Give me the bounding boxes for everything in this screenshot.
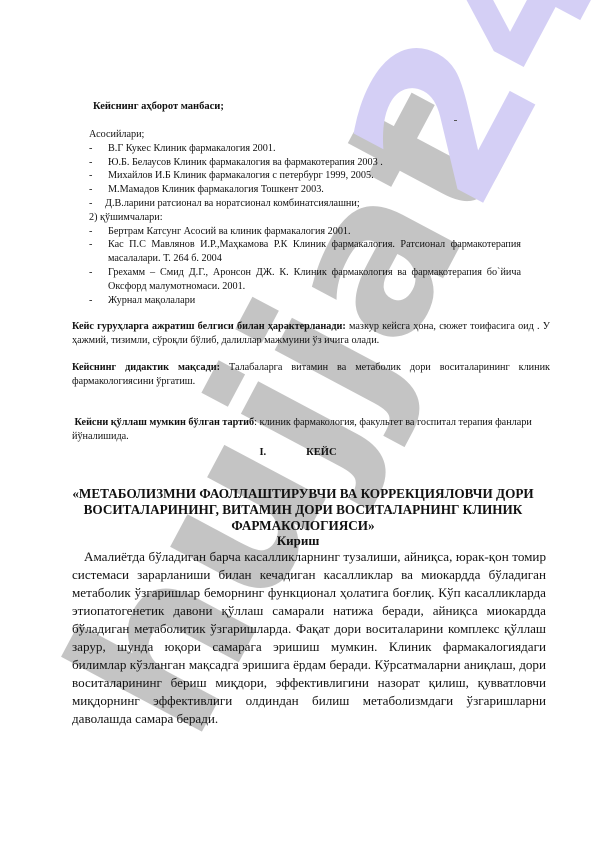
intro-paragraph: Амалиётда бўладиган барча касалликларнин… <box>72 548 546 728</box>
source-item: -Журнал мақолалари <box>89 294 521 308</box>
sources-list: Асосийлари; -В.Г Кукес Клиник фармакалог… <box>89 128 521 307</box>
source-item: -Кас П.С Мавлянов И.Р.,Маҳкамова Р.К Кли… <box>89 238 521 266</box>
didactic-goal-paragraph: Кейснинг дидактик мақсади: Талабаларга в… <box>72 361 550 389</box>
source-item: -Бертрам Катсунг Асосий ва клиник фармак… <box>89 225 521 239</box>
document-page: Кейснинг аҳборот манбаси; Асосийлари; -В… <box>0 0 596 842</box>
didactic-goal-label: Кейснинг дидактик мақсади: <box>72 362 220 373</box>
main-sources-header: Асосийлари; <box>89 128 521 142</box>
source-item: -Д.В.ларини ратсионал ва норатсионал ком… <box>89 197 521 211</box>
applicable-order-paragraph: Кейсни қўллаш мумкин бўлган тартиб: клин… <box>72 416 542 444</box>
characteristics-label: Кейс гуруҳларга ажратиш белгиси билан ҳа… <box>72 321 346 332</box>
case-number: I. <box>259 447 266 458</box>
stray-mark <box>454 120 457 121</box>
intro-heading: Кириш <box>0 533 596 549</box>
case-title: «МЕТАБОЛИЗМНИ ФАОЛЛАШТИРУВЧИ ВА КОРРЕКЦИ… <box>70 486 536 534</box>
case-label: КЕЙС <box>306 447 336 458</box>
source-item: -Михайлов И.Б Клиник фармакалогия с пете… <box>89 169 521 183</box>
source-item: -Ю.Б. Белаусов Клиник фармакалогия ва фа… <box>89 156 521 170</box>
characteristics-paragraph: Кейс гуруҳларга ажратиш белгиси билан ҳа… <box>72 320 550 348</box>
source-item: -Грехамм – Смид Д.Г., Аронсон ДЖ. К. Кли… <box>89 266 521 294</box>
case-heading: I.КЕЙС <box>0 447 596 458</box>
source-item: -В.Г Кукес Клиник фармакалогия 2001. <box>89 142 521 156</box>
applicable-order-label: Кейсни қўллаш мумкин бўлган тартиб <box>75 417 255 428</box>
source-item: -М.Мамадов Клиник фармакалогия Тошкент 2… <box>89 183 521 197</box>
extra-sources-header: 2) қўшимчалари: <box>89 211 521 225</box>
sources-title: Кейснинг аҳборот манбаси; <box>93 101 224 113</box>
